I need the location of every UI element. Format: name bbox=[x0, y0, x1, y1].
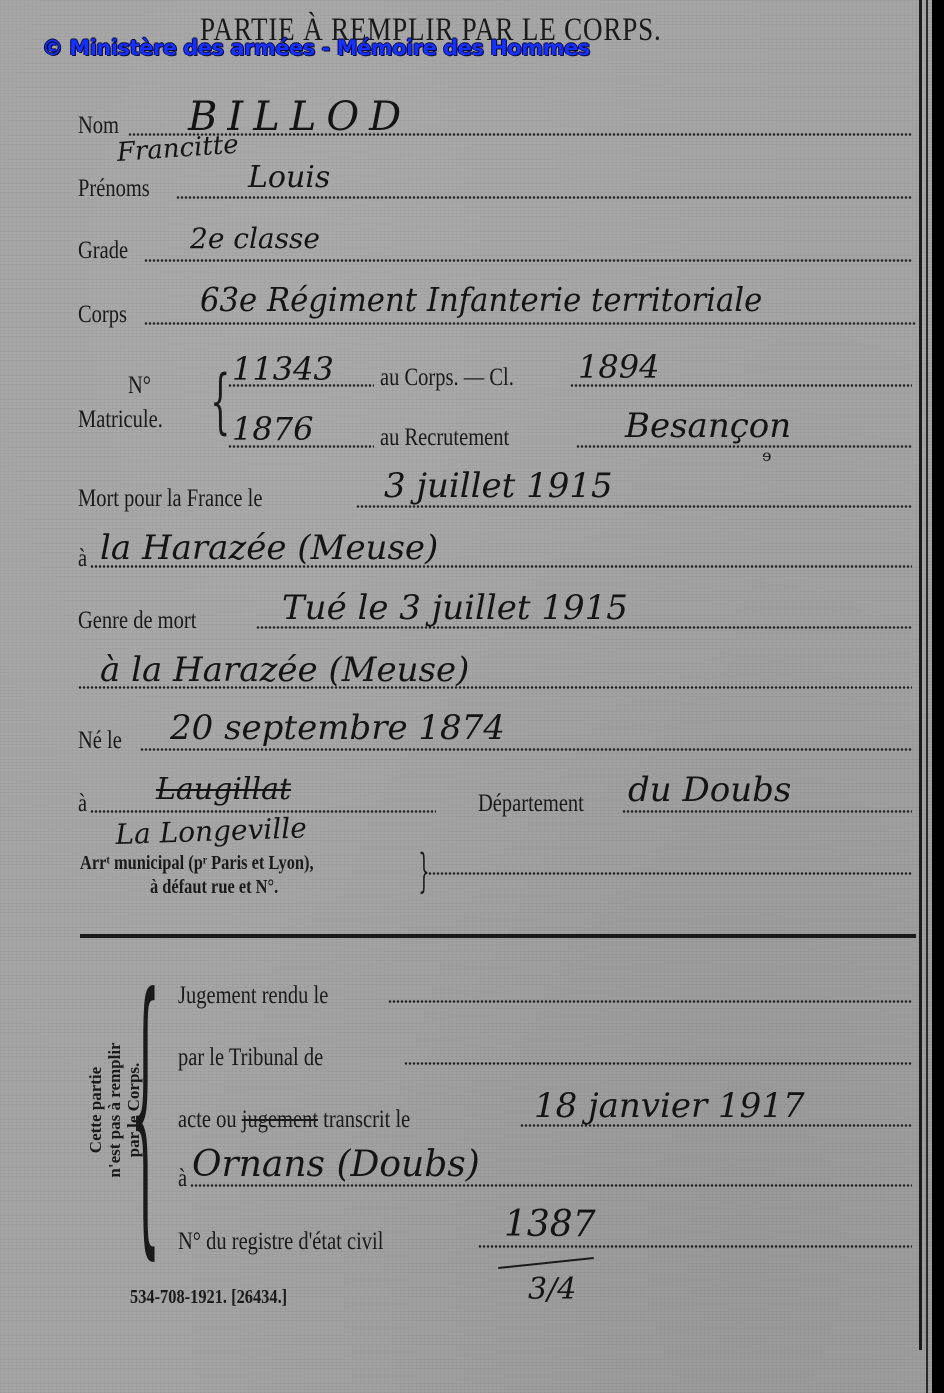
print-code-text: 534-708-1921. [26434.] bbox=[130, 1286, 287, 1309]
corps-value: 63e Régiment Infanterie territoriale bbox=[200, 280, 762, 319]
prenoms-label-text: Prénoms bbox=[78, 175, 150, 203]
transcrit-label-suffix: transcrit le bbox=[323, 1106, 410, 1133]
classe-value: 1894 bbox=[578, 348, 659, 386]
matricule-brace: { bbox=[210, 360, 230, 442]
matricule-label: Matricule. bbox=[78, 406, 181, 434]
ne-a-label-text: à bbox=[78, 790, 87, 818]
corps-label-text: Corps bbox=[78, 301, 127, 329]
recrutement-mark: ɘ bbox=[762, 446, 771, 465]
prenoms-label: Prénoms bbox=[78, 175, 166, 203]
grade-dotted-line bbox=[144, 259, 912, 262]
tribunal-dotted-line bbox=[404, 1062, 912, 1065]
matricule-corps-number: 11343 bbox=[232, 350, 334, 388]
ne-le-value: 20 septembre 1874 bbox=[170, 708, 505, 748]
genre-de-mort-value-1: Tué le 3 juillet 1915 bbox=[282, 588, 628, 628]
au-corps-label: au Corps. — Cl. bbox=[380, 364, 543, 392]
section-divider bbox=[80, 934, 916, 938]
departement-dotted-line bbox=[622, 810, 912, 813]
registre-label: N° du registre d'état civil bbox=[178, 1228, 429, 1256]
jugement-rendu-label-text: Jugement rendu le bbox=[178, 982, 328, 1010]
transcrit-a-value: Ornans (Doubs) bbox=[192, 1144, 480, 1185]
transcrit-label-prefix: acte ou bbox=[178, 1106, 237, 1133]
mort-le-label: Mort pour la France le bbox=[78, 485, 303, 513]
departement-value: du Doubs bbox=[628, 770, 791, 810]
tribunal-label-text: par le Tribunal de bbox=[178, 1044, 323, 1072]
print-code: 534-708-1921. [26434.] bbox=[130, 1286, 322, 1309]
genre-de-mort-label-text: Genre de mort bbox=[78, 607, 196, 635]
mort-a-value: la Harazée (Meuse) bbox=[100, 528, 438, 568]
copyright-watermark: © Ministère des armées - Mémoire des Hom… bbox=[42, 36, 590, 60]
genre-de-mort-value-2: à la Harazée (Meuse) bbox=[100, 650, 469, 690]
nom-label-text: Nom bbox=[78, 112, 119, 140]
side-note-line-1: Cette partie bbox=[86, 1010, 105, 1210]
au-corps-label-text: au Corps. — Cl. bbox=[380, 364, 514, 392]
ne-a-label: à bbox=[78, 790, 89, 818]
corps-label: Corps bbox=[78, 301, 138, 329]
transcrit-a-label-text: à bbox=[178, 1165, 187, 1193]
transcrit-value: 18 janvier 1917 bbox=[534, 1086, 805, 1126]
matricule-label-no: N° bbox=[128, 372, 156, 400]
ne-a-struck-value: Laugillat bbox=[156, 772, 291, 807]
mort-a-label-text: à bbox=[78, 545, 87, 573]
registre-annotation: 3/4 bbox=[528, 1272, 576, 1307]
corps-dotted-line bbox=[144, 322, 916, 325]
side-note-line-2: n'est pas à remplir bbox=[105, 1010, 124, 1210]
genre-de-mort-label: Genre de mort bbox=[78, 607, 222, 635]
arrondissement-dotted-line bbox=[428, 872, 912, 875]
grade-value: 2e classe bbox=[190, 222, 320, 255]
jugement-rendu-dotted-line bbox=[388, 1000, 912, 1003]
registre-dotted-line bbox=[478, 1245, 912, 1248]
tribunal-label: par le Tribunal de bbox=[178, 1044, 355, 1072]
civil-section-brace: { bbox=[130, 960, 161, 1260]
transcrit-a-label: à bbox=[178, 1165, 189, 1193]
ne-le-label: Né le bbox=[78, 727, 131, 755]
prenoms-value: Louis bbox=[248, 160, 330, 195]
prenoms-dotted-line bbox=[176, 196, 912, 199]
transcrit-label-struck: jugement bbox=[242, 1106, 318, 1133]
transcrit-label: acte ou jugement transcrit le bbox=[178, 1106, 461, 1134]
mort-a-label: à bbox=[78, 545, 89, 573]
departement-label-text: Département bbox=[478, 790, 584, 818]
registre-value: 1387 bbox=[504, 1204, 596, 1245]
ne-le-dotted-line bbox=[140, 748, 912, 751]
matricule-no-text: N° bbox=[128, 372, 151, 400]
nom-label: Nom bbox=[78, 112, 128, 140]
au-recrutement-label-text: au Recrutement bbox=[380, 424, 509, 452]
arrondissement-label-1: Arrᵗ municipal (pʳ Paris et Lyon), bbox=[80, 852, 365, 875]
right-border-line-outer bbox=[926, 0, 928, 1393]
ne-a-correction-value: La Longeville bbox=[115, 811, 307, 851]
departement-label: Département bbox=[478, 790, 607, 818]
matricule-recrutement-number: 1876 bbox=[232, 410, 313, 448]
arrondissement-label-2: à défaut rue et N°. bbox=[150, 876, 306, 899]
arrondissement-label-2-text: à défaut rue et N°. bbox=[150, 876, 278, 899]
matricule-label-text: Matricule. bbox=[78, 406, 163, 434]
grade-label-text: Grade bbox=[78, 237, 128, 265]
au-recrutement-label: au Recrutement bbox=[380, 424, 538, 452]
mort-le-label-text: Mort pour la France le bbox=[78, 485, 262, 513]
registre-label-text: N° du registre d'état civil bbox=[178, 1228, 383, 1256]
grade-label: Grade bbox=[78, 237, 139, 265]
ne-le-label-text: Né le bbox=[78, 727, 122, 755]
right-border-line bbox=[919, 0, 922, 1350]
recrutement-place-value: Besançon bbox=[625, 406, 791, 446]
mort-le-value: 3 juillet 1915 bbox=[384, 466, 613, 506]
arrondissement-label-1-text: Arrᵗ municipal (pʳ Paris et Lyon), bbox=[80, 852, 314, 875]
jugement-rendu-label: Jugement rendu le bbox=[178, 982, 361, 1010]
